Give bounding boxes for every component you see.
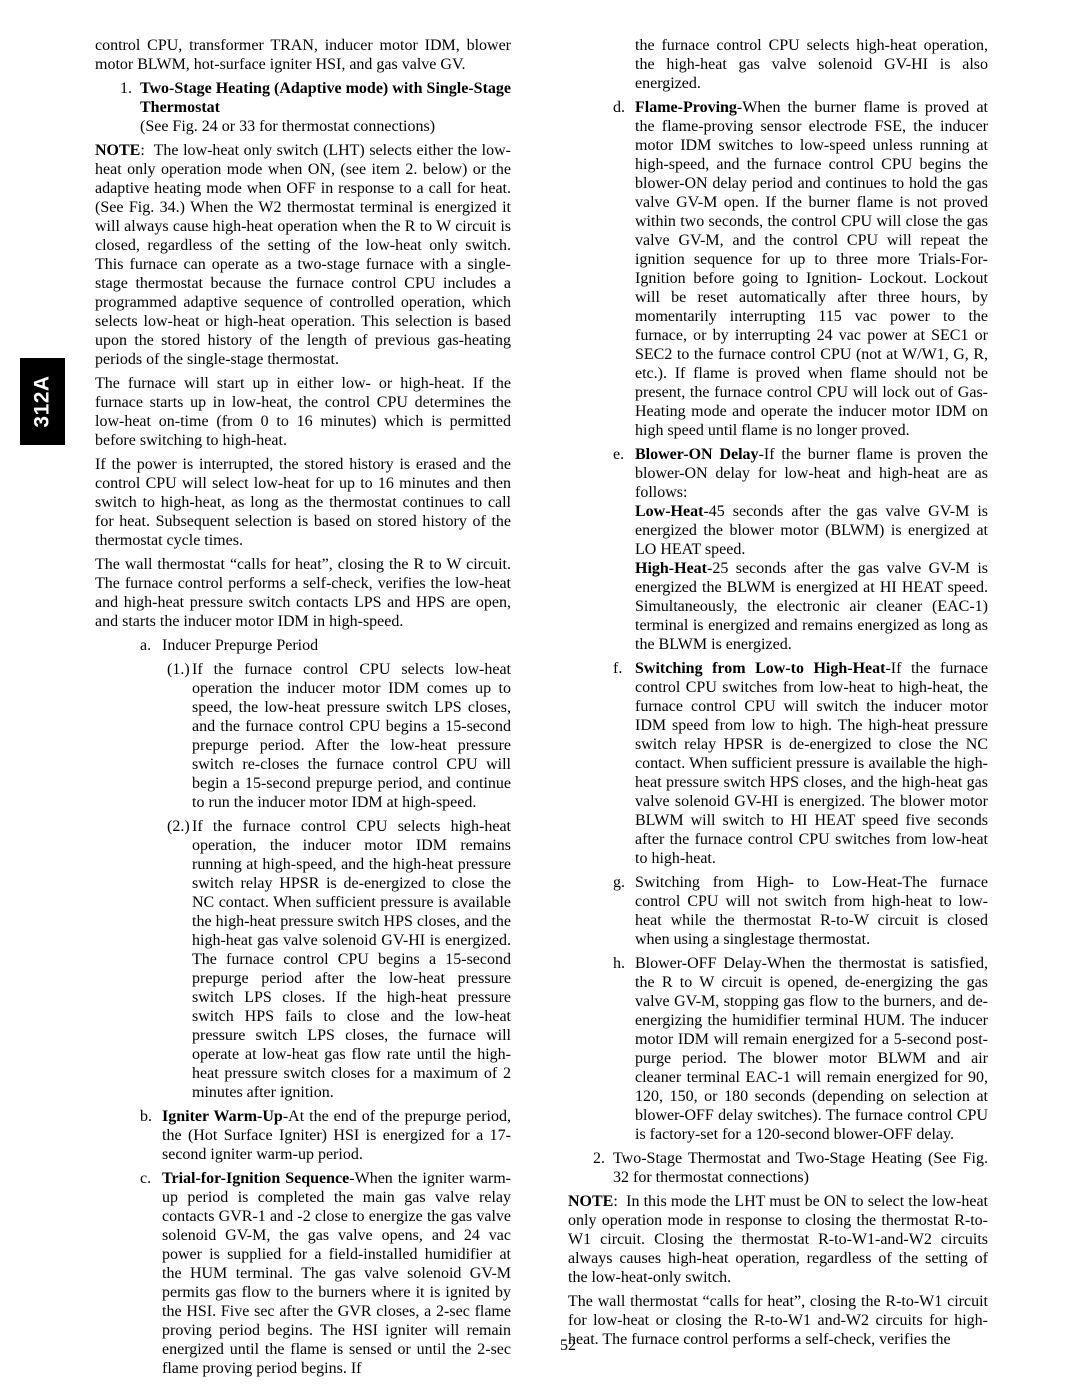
bold-text: Trial-for-Ignition Sequence (162, 1170, 349, 1187)
paragraph: The wall thermostat “calls for heat”, cl… (95, 555, 511, 631)
list-item: High-Heat-25 seconds after the gas valve… (568, 559, 988, 654)
list-marker: d. (613, 98, 625, 117)
document-page: 312A control CPU, transformer TRAN, indu… (0, 0, 1080, 1397)
list-marker: b. (140, 1107, 152, 1126)
list-item: e.Blower-ON Delay-If the burner flame is… (568, 445, 988, 502)
right-column: the furnace control CPU selects high-hea… (568, 36, 988, 1349)
side-tab-label: 312A (33, 375, 52, 427)
list-marker: h. (613, 954, 625, 973)
list-marker: a. (140, 636, 151, 655)
list-marker: 1. (120, 79, 132, 98)
list-item: (1.)If the furnace control CPU selects l… (95, 660, 511, 812)
list-item: f.Switching from Low-to High-Heat-If the… (568, 659, 988, 868)
paragraph: If the power is interrupted, the stored … (95, 455, 511, 550)
list-item: g.Switching from High- to Low-Heat-The f… (568, 873, 988, 949)
left-column: control CPU, transformer TRAN, inducer m… (95, 36, 511, 1378)
list-item: 1.Two-Stage Heating (Adaptive mode) with… (95, 79, 511, 136)
list-item: b.Igniter Warm-Up-At the end of the prep… (95, 1107, 511, 1164)
bold-text: NOTE (568, 1193, 613, 1210)
list-marker: (1.) (167, 660, 190, 679)
bold-text: Flame-Proving (635, 99, 737, 116)
page-side-tab: 312A (20, 358, 65, 445)
bold-text: Two-Stage Heating (Adaptive mode) with S… (140, 80, 511, 116)
list-marker: (2.) (167, 817, 190, 836)
page-number: 52 (560, 1336, 576, 1355)
paragraph: The furnace will start up in either low-… (95, 374, 511, 450)
paragraph: NOTE: In this mode the LHT must be ON to… (568, 1192, 988, 1287)
list-marker: 2. (593, 1149, 605, 1168)
paragraph: The wall thermostat “calls for heat”, cl… (568, 1292, 988, 1349)
bold-text: Switching from Low-to High-Heat (635, 660, 885, 677)
list-item: c.Trial-for-Ignition Sequence-When the i… (95, 1169, 511, 1378)
bold-text: High-Heat (635, 560, 707, 577)
bold-text: NOTE (95, 142, 140, 159)
list-item: 2.Two-Stage Thermostat and Two-Stage Hea… (568, 1149, 988, 1187)
list-item: d.Flame-Proving-When the burner flame is… (568, 98, 988, 440)
list-item: a.Inducer Prepurge Period (95, 636, 511, 655)
list-item: (2.)If the furnace control CPU selects h… (95, 817, 511, 1102)
paragraph: NOTE: The low-heat only switch (LHT) sel… (95, 141, 511, 369)
list-item: the furnace control CPU selects high-hea… (568, 36, 988, 93)
list-item: h.Blower-OFF Delay-When the thermostat i… (568, 954, 988, 1144)
list-marker: e. (613, 445, 624, 464)
bold-text: Low-Heat (635, 503, 703, 520)
list-marker: c. (140, 1169, 151, 1188)
list-marker: f. (613, 659, 622, 678)
paragraph: control CPU, transformer TRAN, inducer m… (95, 36, 511, 74)
list-item: Low-Heat-45 seconds after the gas valve … (568, 502, 988, 559)
list-marker: g. (613, 873, 625, 892)
bold-text: Blower-ON Delay (635, 446, 759, 463)
bold-text: Igniter Warm-Up (162, 1108, 283, 1125)
